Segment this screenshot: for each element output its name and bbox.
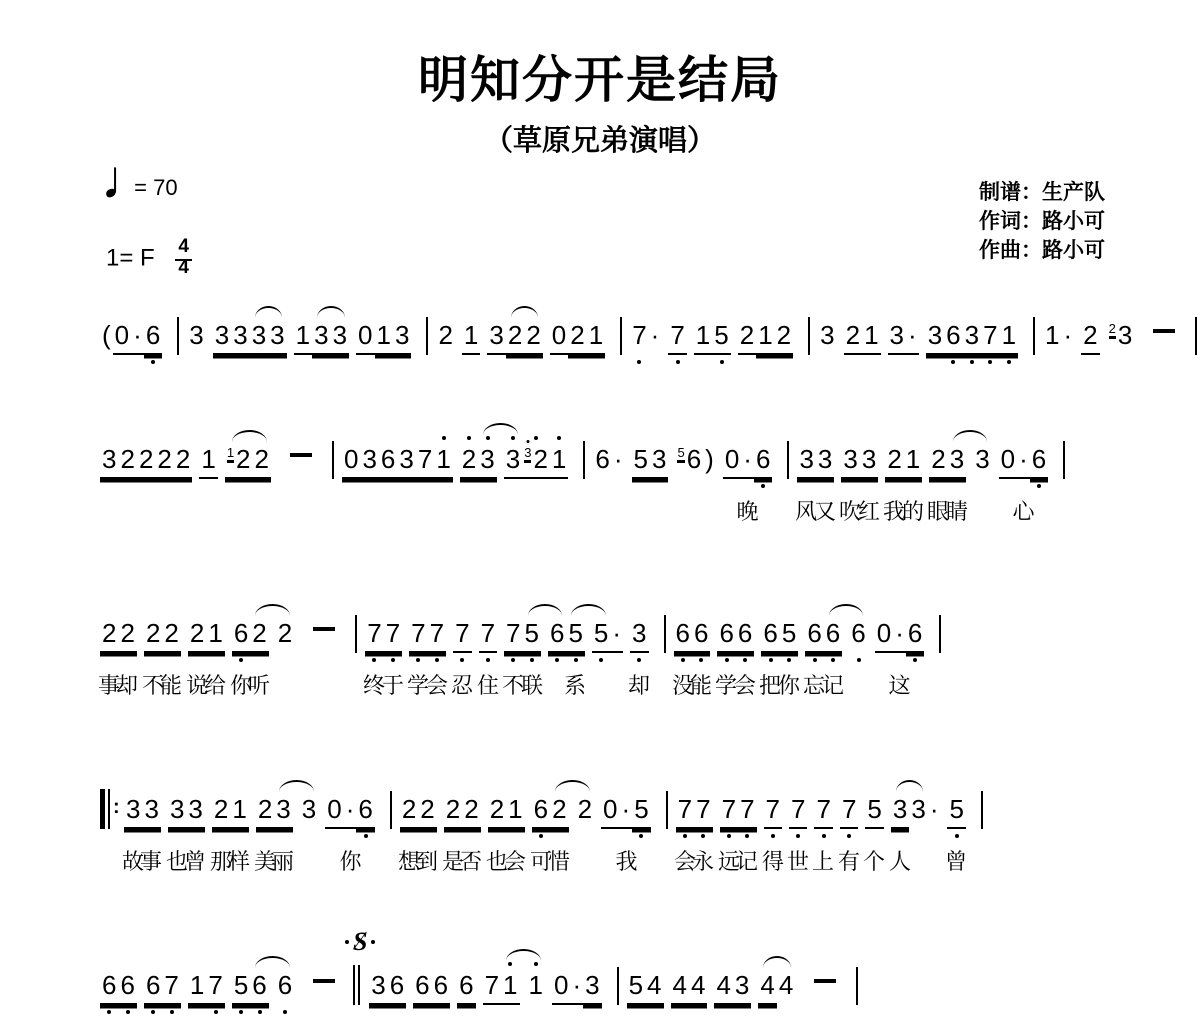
note-char: 56 xyxy=(675,445,703,477)
note-char: · xyxy=(610,619,623,653)
beam-group: 56 xyxy=(232,970,269,1005)
sheet-music-page: 明知分开是结局 （草原兄弟演唱） = 70 1= F 4 4 制谱：生产队 作词… xyxy=(0,0,1200,1018)
beam-group: 2 xyxy=(1081,320,1099,355)
slur-arc xyxy=(483,423,519,435)
beam-group: 3· xyxy=(888,320,919,355)
slur-arc xyxy=(279,780,315,792)
note-char: 3 xyxy=(312,321,330,355)
note-char: 1 xyxy=(375,321,393,355)
beam-group: 65 xyxy=(548,618,585,653)
note-char: 1 xyxy=(294,321,312,355)
note-char: 0 xyxy=(875,619,893,653)
segno-dot-right xyxy=(371,940,375,944)
beam-group: 21 xyxy=(488,794,525,829)
grace-note: 1 xyxy=(227,446,234,461)
note-char: 6 xyxy=(144,321,162,355)
barline xyxy=(332,441,334,479)
beam-group: 43 xyxy=(714,970,751,1005)
beam-group: 77 xyxy=(409,618,446,653)
note-char: 6 xyxy=(717,619,735,653)
beam-group: 7 xyxy=(814,794,832,829)
note-char: 3 xyxy=(860,445,878,479)
note-char: 7 xyxy=(453,619,471,653)
note-char: 2 xyxy=(144,619,162,653)
note-char: ( xyxy=(100,321,113,353)
note-char: 6 xyxy=(736,619,754,653)
beam-group: 013 xyxy=(356,320,411,355)
note-char: 4 xyxy=(689,971,707,1005)
note-char: 0 xyxy=(552,971,570,1005)
beam-group: 66 xyxy=(674,618,711,653)
lyric-syllable: 能 xyxy=(160,669,182,700)
beam-group: 54 xyxy=(627,970,664,1005)
note-char: 2 xyxy=(460,445,478,479)
beam-group: 7 xyxy=(668,320,686,355)
beam-group: 3 xyxy=(818,320,836,353)
lyric-syllable: 记 xyxy=(822,669,844,700)
barline xyxy=(664,615,666,653)
beam-group: 3 xyxy=(300,794,318,827)
lyric-syllable: 会 xyxy=(504,845,526,876)
segno-icon: S⁄ xyxy=(347,925,373,959)
slur-arc xyxy=(255,306,283,318)
beam-group: 5 xyxy=(865,794,883,829)
barline xyxy=(1033,317,1035,355)
note-char: 2 xyxy=(576,795,594,827)
double-barline: S⁄ xyxy=(353,965,363,1005)
lyric-syllable: 的 xyxy=(902,495,924,526)
note-char: 6 xyxy=(548,619,566,653)
quarter-note-icon xyxy=(105,188,117,199)
note-char: 1 xyxy=(462,321,480,355)
note-char: 3 xyxy=(816,445,834,479)
note-char: 0 xyxy=(550,321,568,355)
beam-group: 3 xyxy=(630,618,648,653)
grace-note: 2 xyxy=(1109,322,1116,337)
note-char: 5 xyxy=(523,619,541,653)
music-lines: (0·633333133013213220217·7152123213·3637… xyxy=(100,295,1140,1005)
note-char: 5 xyxy=(712,321,730,355)
repeat-dots: : xyxy=(113,787,120,827)
slur-arc xyxy=(953,430,988,442)
lyric-syllable: 给 xyxy=(204,669,226,700)
lyric-syllable: 住 xyxy=(477,669,499,700)
barline xyxy=(355,615,357,653)
note-char: 3 xyxy=(124,795,142,829)
note-char: 6 xyxy=(388,971,406,1005)
note-char: ) xyxy=(703,445,716,477)
note-char: 1 xyxy=(862,321,880,355)
lyric-syllable: 惜 xyxy=(548,845,570,876)
note-char: 1 xyxy=(506,795,524,829)
beam-group: 3321 xyxy=(504,444,569,479)
slur-arc xyxy=(317,306,346,318)
note-char: 5 xyxy=(865,795,883,829)
note-char: · xyxy=(620,795,633,829)
note-char: 2 xyxy=(844,321,862,355)
note-char: 3 xyxy=(168,795,186,829)
note-char: 2 xyxy=(276,619,294,651)
credit-notator: 制谱：生产队 xyxy=(979,179,1105,208)
note-char: 6 xyxy=(144,971,162,1005)
beam-group: 6 xyxy=(457,970,475,1005)
note-char: 2 xyxy=(550,795,568,829)
song-subtitle: （草原兄弟演唱） xyxy=(0,118,1200,159)
meta-row: = 70 1= F 4 4 制谱：生产队 作词：路小可 作曲：路小可 xyxy=(100,169,1105,281)
note-char: 4 xyxy=(714,971,732,1005)
note-char: 2 xyxy=(253,445,271,479)
note-char: 7 xyxy=(428,619,446,653)
repeat-start-sign: : xyxy=(100,789,120,829)
note-char: 2 xyxy=(118,445,136,479)
beam-group: 36 xyxy=(369,970,406,1005)
note-char: 0 xyxy=(723,445,741,479)
note-char: 1 xyxy=(501,971,519,1005)
beam-group: 22 xyxy=(444,794,481,829)
note-char: 3 xyxy=(250,321,268,355)
lyric-syllable: 记 xyxy=(736,845,758,876)
note-char: · xyxy=(131,321,144,355)
note-char: 7 xyxy=(630,321,648,353)
slur-arc xyxy=(829,604,864,616)
note-char: 7 xyxy=(720,795,738,829)
beam-group: 15 xyxy=(694,320,731,355)
lyric-syllable: 联 xyxy=(521,669,543,700)
note-char: 2 xyxy=(506,321,524,355)
beam-group: 66 xyxy=(717,618,754,653)
note-char: 1 xyxy=(206,619,224,653)
music-line: :3333212330·62222216220·577777777533·5故事… xyxy=(100,767,1140,879)
note-char: 1 xyxy=(904,445,922,479)
beam-group: 6 xyxy=(276,970,294,1003)
tempo-value: = 70 xyxy=(134,175,177,200)
beam-group: 75 xyxy=(504,618,541,653)
note-char: 6 xyxy=(356,795,374,829)
note-char: 3 xyxy=(926,321,944,355)
note-char: 5 xyxy=(947,795,965,829)
note-char: 7 xyxy=(416,445,434,479)
beam-group: 21 xyxy=(844,320,881,355)
note-char: 2 xyxy=(155,445,173,479)
note-char: 2 xyxy=(174,445,192,479)
note-char: 1 xyxy=(694,321,712,355)
note-char: 6 xyxy=(532,795,550,829)
note-char: 3 xyxy=(186,795,204,829)
note-char: 3 xyxy=(733,971,751,1005)
note-char: 3 xyxy=(973,445,991,477)
note-char: 7 xyxy=(814,795,832,829)
time-signature: 4 4 xyxy=(175,237,192,277)
barline xyxy=(808,317,810,355)
barline xyxy=(620,317,622,355)
lyric-syllable: 到 xyxy=(416,845,438,876)
beam-group: 212 xyxy=(738,320,793,355)
note-char: 0 xyxy=(601,795,619,829)
lyric-syllable: 心 xyxy=(1012,495,1034,526)
beam-group: 62 xyxy=(232,618,269,653)
note-char: · xyxy=(741,445,754,479)
note-char: · xyxy=(649,321,662,353)
beam-group: 6· xyxy=(593,444,624,477)
key-signature: 1= F 4 4 xyxy=(106,239,192,279)
note-char: 2 xyxy=(524,321,542,355)
barline xyxy=(1195,317,1197,355)
beam-group: 65 xyxy=(761,618,798,653)
beam-group: 1· xyxy=(1043,320,1074,353)
sustain-dash xyxy=(290,453,312,457)
note-char: 6 xyxy=(432,971,450,1005)
note-char: 3 xyxy=(487,321,505,355)
beam-group: 0·6 xyxy=(325,794,375,829)
beam-group: 7 xyxy=(764,794,782,829)
beam-group: 66 xyxy=(100,970,137,1005)
lyric-syllable: 永 xyxy=(692,845,714,876)
note-char: 2 xyxy=(118,619,136,653)
music-line: 3222211220363712333216·5356)0·6333321233… xyxy=(100,419,1140,529)
note-char: 3 xyxy=(397,445,415,479)
note-char: 6 xyxy=(413,971,431,1005)
beam-group: 33· xyxy=(891,794,941,829)
note-char: 6 xyxy=(250,971,268,1005)
beam-group: 56) xyxy=(675,444,715,477)
note-char: 12 xyxy=(225,445,253,479)
note-char: 5 xyxy=(632,795,650,829)
slur-arc xyxy=(896,780,924,792)
slur-arc xyxy=(255,604,291,616)
note-char: · xyxy=(1062,321,1075,353)
note-char: 6 xyxy=(849,619,867,651)
note-char: 2 xyxy=(775,321,793,355)
note-char: 23 xyxy=(1107,321,1135,353)
segno-dot-left xyxy=(345,940,349,944)
note-char: 1 xyxy=(756,321,774,355)
note-char: 6 xyxy=(692,619,710,653)
note-char: 1 xyxy=(587,321,605,355)
beam-group: 77 xyxy=(676,794,713,829)
sustain-dash xyxy=(313,627,335,631)
beam-group: 44 xyxy=(758,970,795,1005)
lyric-syllable: 丽 xyxy=(272,845,294,876)
segno-slash: ⁄ xyxy=(352,912,369,969)
note-char: 7 xyxy=(981,321,999,355)
lyric-syllable: 却 xyxy=(116,669,138,700)
beam-group: 0·6 xyxy=(875,618,925,653)
note-char: 2 xyxy=(418,795,436,829)
lyric-syllable: 又 xyxy=(814,495,836,526)
beam-group: 21 xyxy=(885,444,922,479)
lyric-syllable: 这 xyxy=(888,669,910,700)
note-char: 4 xyxy=(758,971,776,1005)
note-char: 1 xyxy=(1000,321,1018,355)
note-char: 3 xyxy=(583,971,601,1005)
note-char: 3 xyxy=(650,445,668,479)
note-char: 3 xyxy=(888,321,906,355)
beam-group: 1 xyxy=(199,444,217,479)
note-char: 5 xyxy=(632,445,650,479)
credit-composer: 作曲：路小可 xyxy=(979,237,1105,266)
note-char: · xyxy=(344,795,357,829)
note-char: 3 xyxy=(369,971,387,1005)
beam-group: 2 xyxy=(276,618,294,651)
music-line: 666717566S⁄366667110·354444344 xyxy=(100,943,1140,1005)
note-char: 3 xyxy=(630,619,648,653)
slur-arc xyxy=(571,604,607,616)
double-barline-left xyxy=(353,965,355,1005)
lyric-syllable: 会 xyxy=(734,669,756,700)
beam-group: 5· xyxy=(592,618,623,653)
note-char: 1 xyxy=(230,795,248,829)
lyric-syllable: 上 xyxy=(812,845,834,876)
song-title: 明知分开是结局 xyxy=(0,0,1200,112)
lyric-syllable: 听 xyxy=(248,669,270,700)
note-char: 4 xyxy=(777,971,795,1003)
slur-arc xyxy=(511,306,539,318)
barline xyxy=(583,441,585,479)
beam-group: 6 xyxy=(849,618,867,651)
beam-group: 7 xyxy=(840,794,858,829)
slur-arc xyxy=(763,956,792,968)
beam-group: 7· xyxy=(630,320,661,353)
note-char: 2 xyxy=(250,619,268,653)
note-char: 5 xyxy=(232,971,250,1005)
note-char: 6 xyxy=(805,619,823,653)
note-char: · xyxy=(928,795,941,827)
beam-group: 0·6 xyxy=(723,444,773,479)
sustain-dash xyxy=(313,979,335,983)
note-char: 4 xyxy=(671,971,689,1005)
note-char: 2 xyxy=(137,445,155,479)
lyric-syllable: 我 xyxy=(615,845,637,876)
beam-group: (0·6 xyxy=(100,320,162,355)
note-char: 2 xyxy=(444,795,462,829)
note-char: 6 xyxy=(379,445,397,479)
lyric-syllable: 人 xyxy=(889,845,911,876)
barline xyxy=(787,441,789,479)
beam-group: 32222 xyxy=(100,444,192,479)
note-char: 2 xyxy=(488,795,506,829)
lyric-syllable: 个 xyxy=(863,845,885,876)
key-label: 1= F xyxy=(106,244,155,271)
lyric-syllable: 红 xyxy=(858,495,880,526)
beam-group: 33 xyxy=(168,794,205,829)
beam-group: 36371 xyxy=(926,320,1018,355)
note-char: 4 xyxy=(645,971,663,1005)
note-char: 5 xyxy=(780,619,798,653)
note-char: 3 xyxy=(213,321,231,355)
note-char: 1 xyxy=(188,971,206,1005)
note-char: 3 xyxy=(100,445,118,479)
slur-arc xyxy=(528,604,563,616)
note-char: 5 xyxy=(566,619,584,653)
note-char: 3 xyxy=(393,321,411,355)
note-char: 7 xyxy=(365,619,383,653)
note-char: 6 xyxy=(944,321,962,355)
double-barline-right xyxy=(358,965,360,1005)
note-char: 2 xyxy=(568,321,586,355)
beam-group: 33 xyxy=(797,444,834,479)
beam-group: 3333 xyxy=(213,320,287,355)
note-char: · xyxy=(906,321,919,355)
lyric-syllable: 曾 xyxy=(945,845,967,876)
lyric-syllable: 你 xyxy=(339,845,361,876)
note-char: 1 xyxy=(527,971,545,1003)
barline xyxy=(1063,441,1065,479)
note-char: 2 xyxy=(188,619,206,653)
note-char: 3 xyxy=(300,795,318,827)
barline xyxy=(617,967,619,1005)
note-char: 6 xyxy=(761,619,779,653)
lyric-syllable: 否 xyxy=(460,845,482,876)
beam-group: 021 xyxy=(550,320,605,355)
beam-group: 2 xyxy=(576,794,594,827)
note-char: 0 xyxy=(342,445,360,479)
beam-group: 67 xyxy=(144,970,181,1005)
note-char: 6 xyxy=(100,971,118,1005)
barline xyxy=(390,791,392,829)
beam-group: 3 xyxy=(973,444,991,477)
lyric-syllable: 你 xyxy=(778,669,800,700)
note-char: 2 xyxy=(738,321,756,355)
note-char: 0 xyxy=(325,795,343,829)
beam-group: 77 xyxy=(720,794,757,829)
note-char: 32 xyxy=(522,445,550,479)
lyric-syllable: 忍 xyxy=(451,669,473,700)
note-char: 3 xyxy=(231,321,249,355)
lyric-syllable: 事 xyxy=(140,845,162,876)
beam-group: 036371 xyxy=(342,444,453,479)
note-char: 2 xyxy=(885,445,903,479)
note-char: 2 xyxy=(256,795,274,829)
beam-group: 7 xyxy=(453,618,471,653)
beam-group: 7 xyxy=(479,618,497,653)
note-char: 3 xyxy=(818,321,836,353)
beam-group: 23 xyxy=(256,794,293,829)
note-char: 1 xyxy=(434,445,452,479)
lyric-syllable: 会 xyxy=(426,669,448,700)
note-char: 7 xyxy=(676,795,694,829)
barline xyxy=(426,317,428,355)
note-char: 3 xyxy=(187,321,205,353)
note-char: 6 xyxy=(118,971,136,1005)
note-char: 3 xyxy=(478,445,496,479)
lyric-syllable: 睛 xyxy=(946,495,968,526)
beam-group: 7 xyxy=(789,794,807,829)
lyric-syllable: 样 xyxy=(228,845,250,876)
beam-group: 1 xyxy=(527,970,545,1003)
repeat-thin-bar xyxy=(108,789,110,829)
beam-group: 21 xyxy=(188,618,225,653)
beam-group: 3 xyxy=(187,320,205,353)
barline xyxy=(939,615,941,653)
note-char: 7 xyxy=(206,971,224,1005)
note-char: 2 xyxy=(400,795,418,829)
beam-group: 0·5 xyxy=(601,794,651,829)
beam-group: 44 xyxy=(671,970,708,1005)
slur-arc xyxy=(555,780,591,792)
note-char: 1 xyxy=(1043,321,1061,353)
note-char: 7 xyxy=(789,795,807,829)
sustain-dash xyxy=(814,979,836,983)
note-char: 2 xyxy=(212,795,230,829)
lyric-syllable: 曾 xyxy=(184,845,206,876)
lyric-syllable: 却 xyxy=(628,669,650,700)
note-char: 6 xyxy=(1030,445,1048,479)
beam-group: 17 xyxy=(188,970,225,1005)
note-char: 3 xyxy=(841,445,859,479)
beam-group: 23 xyxy=(460,444,497,479)
lyric-syllable: 有 xyxy=(838,845,860,876)
note-char: 2 xyxy=(462,795,480,829)
